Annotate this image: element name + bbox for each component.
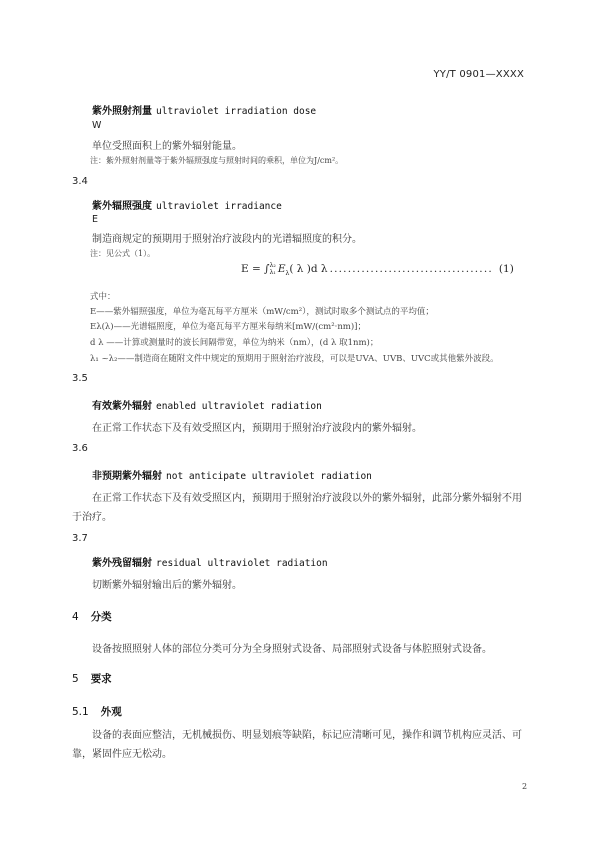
where-item: E——紫外辐照强度，单位为毫瓦每平方厘米（mW/cm²），测试时取多个测试点的平… [90,305,434,317]
term-3-4-symbol: E [92,214,98,225]
formula-1: E = ∫λ₂λ₁Eλ( λ )d λ.....................… [241,262,514,277]
term-en: ultraviolet irradiation dose [156,106,316,117]
formula-lower-limit: λ₁ [270,269,276,276]
term-3-3-note: 注：紫外照射剂量等于紫外辐照强度与照射时间的乘积，单位为J/cm²。 [90,155,343,166]
section-title: 外观 [101,706,122,718]
section-4-text: 设备按照照射人体的部位分类可分为全身照射式设备、局部照射式设备与体腔照射式设备。 [92,640,492,655]
formula-integrand: E [278,263,286,275]
clause-3-7-number: 3.7 [72,533,88,544]
term-3-5-title: 有效紫外辐射enabled ultraviolet radiation [92,397,322,412]
term-3-4-title: 紫外辐照强度ultraviolet irradiance [92,197,282,212]
formula-label: (1) [499,263,514,275]
term-3-3-symbol: W [92,120,101,131]
term-3-5-definition: 在正常工作状态下及有效受照区内，预期用于照射治疗波段内的紫外辐射。 [92,419,422,434]
term-cn: 有效紫外辐射 [92,401,152,412]
term-cn: 紫外辐照强度 [92,201,152,212]
term-3-4-definition: 制造商规定的预期用于照射治疗波段内的光谱辐照度的积分。 [92,230,362,245]
term-cn: 紫外照射剂量 [92,106,152,117]
term-3-4-note: 注：见公式（1）。 [90,248,155,259]
section-5-1-heading: 5.1外观 [72,704,122,719]
clause-3-4-number: 3.4 [72,176,88,187]
term-3-3-definition: 单位受照面积上的紫外辐射能量。 [92,137,242,152]
term-en: enabled ultraviolet radiation [156,401,322,412]
section-5-1-text-line1: 设备的表面应整洁，无机械损伤、明显划痕等缺陷，标记应清晰可见，操作和调节机构应灵… [92,726,522,741]
standard-code: YY/T 0901—XXXX [433,69,524,80]
term-cn: 非预期紫外辐射 [92,471,162,482]
where-item: d λ ——计算或测量时的波长间隔带宽，单位为纳米（nm），(d λ 取1nm)… [90,336,378,348]
clause-3-5-number: 3.5 [72,373,88,384]
formula-rest: ( λ )d λ [289,263,327,275]
where-item: Eλ(λ)——光谱辐照度，单位为毫瓦每平方厘米每纳米[mW/(cm²·nm)]； [90,320,366,332]
term-3-3-title: 紫外照射剂量ultraviolet irradiation dose [92,102,316,117]
section-5-1-text-line2: 靠，紧固件应无松动。 [72,745,172,760]
section-number: 4 [72,611,79,623]
formula-upper-limit: λ₂ [270,262,276,269]
section-4-heading: 4分类 [72,609,112,624]
formula-lhs: E = ∫ [241,263,270,275]
section-number: 5.1 [72,706,89,718]
term-3-7-title: 紫外残留辐射residual ultraviolet radiation [92,554,328,569]
term-en: residual ultraviolet radiation [156,558,328,569]
section-number: 5 [72,673,79,685]
formula-leader: .................................... [330,263,493,275]
term-cn: 紫外残留辐射 [92,558,152,569]
where-item: λ₁ ~λ₂——制造商在随附文件中规定的预期用于照射治疗波段，可以是UVA、UV… [90,352,499,364]
section-title: 分类 [91,611,112,623]
term-en: not anticipate ultraviolet radiation [166,471,372,482]
clause-3-6-number: 3.6 [72,443,88,454]
section-5-heading: 5要求 [72,671,112,686]
term-en: ultraviolet irradiance [156,201,282,212]
term-3-6-definition-line2: 于治疗。 [72,508,112,523]
term-3-6-definition-line1: 在正常工作状态下及有效受照区内，预期用于照射治疗波段以外的紫外辐射，此部分紫外辐… [92,489,522,504]
where-label: 式中： [90,290,116,302]
page-number: 2 [522,782,527,791]
section-title: 要求 [91,673,112,685]
term-3-7-definition: 切断紫外辐射输出后的紫外辐射。 [92,576,242,591]
term-3-6-title: 非预期紫外辐射not anticipate ultraviolet radiat… [92,467,372,482]
